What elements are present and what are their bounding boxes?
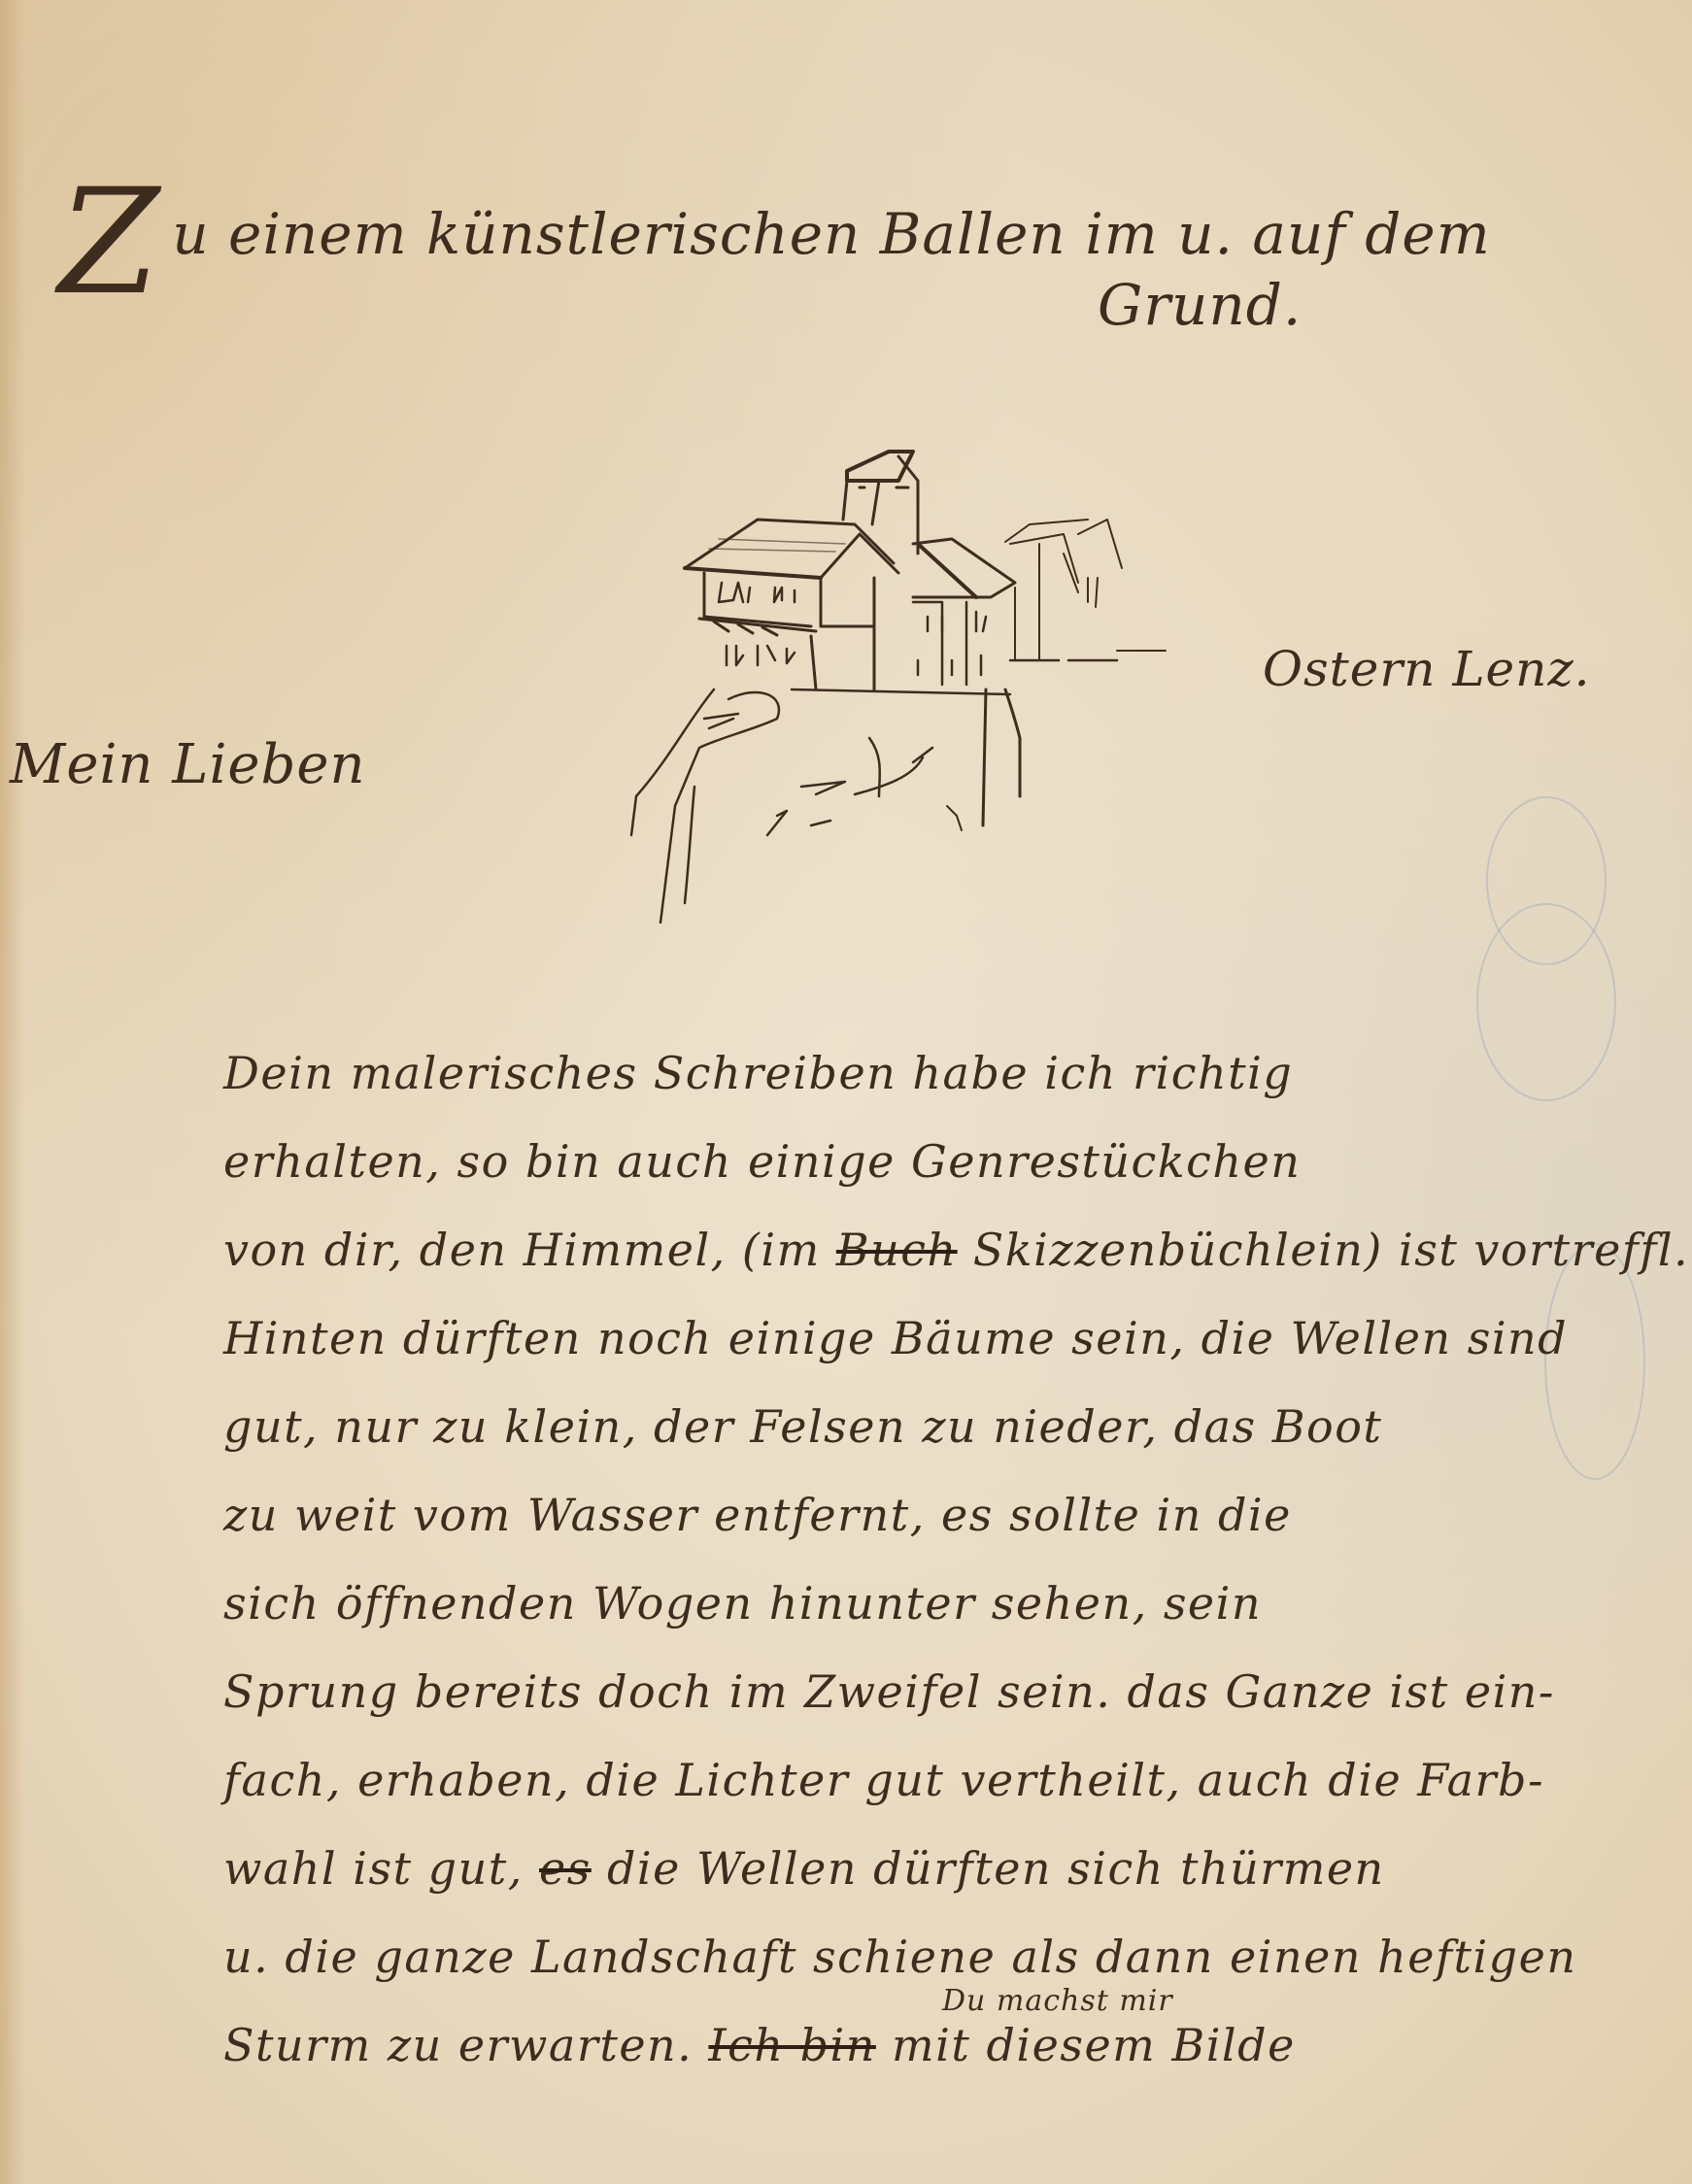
body-text: u. die ganze Landschaft schiene als dann… bbox=[223, 1931, 1576, 1983]
body-line-11: u. die ganze Landschaft schiene als dann… bbox=[223, 1913, 1680, 2001]
letter-heading-line-2: Grund. bbox=[1098, 272, 1302, 338]
letter-greeting: Mein Lieben bbox=[10, 733, 366, 796]
letter-body: Dein malerisches Schreiben habe ich rich… bbox=[223, 1029, 1680, 2090]
paper-edge-stain bbox=[0, 0, 25, 2184]
body-line-12: Sturm zu erwarten. Ich bin mit diesem Bi… bbox=[223, 2001, 1680, 2090]
body-text: wahl ist gut, bbox=[223, 1842, 539, 1895]
body-text: Skizzenbüchlein) ist vortreffl. bbox=[958, 1224, 1690, 1276]
side-note-date: Ostern Lenz. bbox=[1263, 641, 1591, 697]
heading-text: u einem künstlerischen Ballen im u. auf … bbox=[172, 201, 1491, 267]
struck-out-word: Ich bin bbox=[708, 2019, 875, 2071]
struck-out-word: Buch bbox=[836, 1224, 958, 1276]
body-line-8: Sprung bereits doch im Zweifel sein. das… bbox=[223, 1648, 1680, 1736]
body-text: mit diesem Bilde bbox=[876, 2019, 1296, 2071]
body-line-6: zu weit vom Wasser entfernt, es sollte i… bbox=[223, 1471, 1680, 1560]
heading-initial: Z bbox=[58, 158, 160, 327]
body-line-2: erhalten, so bin auch einige Genrestückc… bbox=[223, 1118, 1680, 1206]
body-line-7: sich öffnenden Wogen hinunter sehen, sei… bbox=[223, 1560, 1680, 1648]
castle-sketch-illustration bbox=[622, 427, 1224, 952]
body-text: die Wellen dürften sich thürmen bbox=[592, 1842, 1385, 1895]
letter-page: Zu einem künstlerischen Ballen im u. auf… bbox=[0, 0, 1692, 2184]
body-line-5: gut, nur zu klein, der Felsen zu nieder,… bbox=[223, 1383, 1680, 1471]
body-text: Sturm zu erwarten. bbox=[223, 2019, 708, 2071]
body-line-10: wahl ist gut, es die Wellen dürften sich… bbox=[223, 1825, 1680, 1913]
body-line-9: fach, erhaben, die Lichter gut vertheilt… bbox=[223, 1736, 1680, 1825]
body-line-1: Dein malerisches Schreiben habe ich rich… bbox=[223, 1029, 1680, 1118]
body-line-4: Hinten dürften noch einige Bäume sein, d… bbox=[223, 1294, 1680, 1383]
body-line-3: von dir, den Himmel, (im Buch Skizzenbüc… bbox=[223, 1206, 1680, 1294]
body-text: von dir, den Himmel, (im bbox=[223, 1224, 836, 1276]
struck-out-word: es bbox=[539, 1842, 592, 1895]
